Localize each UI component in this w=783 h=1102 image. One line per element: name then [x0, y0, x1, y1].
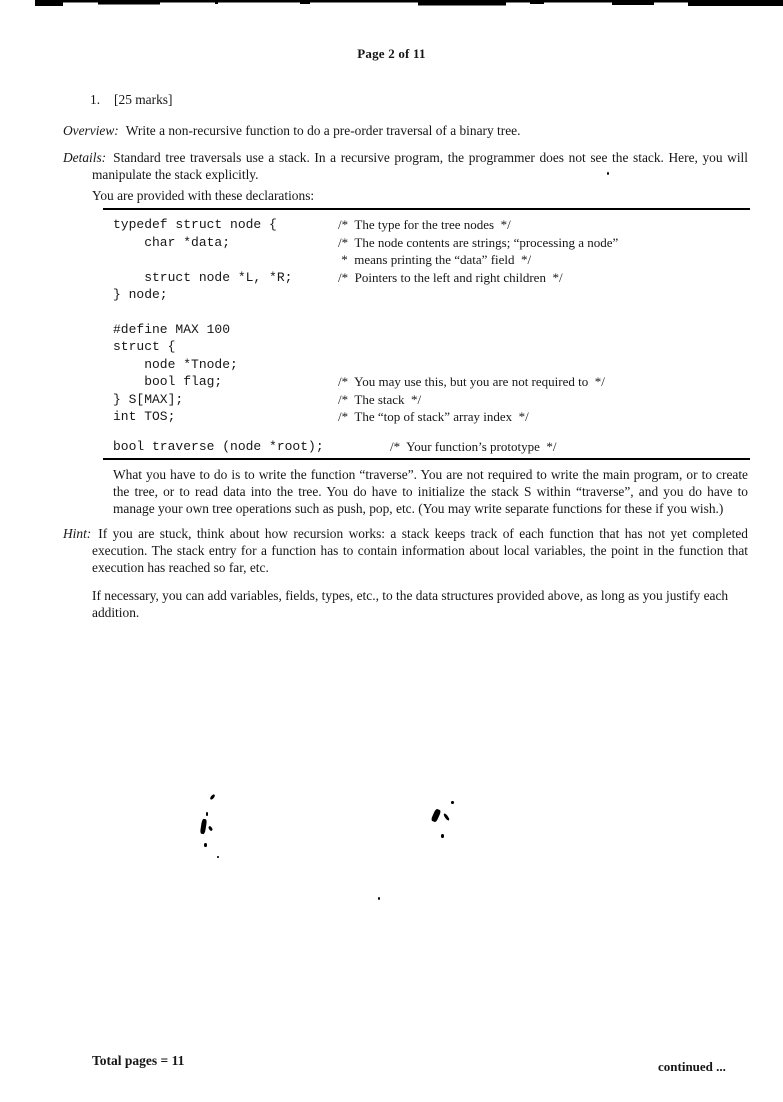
task-paragraph: What you have to do is to write the func…	[113, 466, 748, 517]
addendum-paragraph: If necessary, you can add variables, fie…	[92, 587, 748, 621]
code-line: typedef struct node {/* The type for the…	[113, 216, 783, 234]
ink-speck	[378, 897, 380, 900]
code-line: } S[MAX];/* The stack */	[113, 391, 783, 409]
ink-speck	[208, 826, 213, 832]
declarations-intro: You are provided with these declarations…	[92, 187, 748, 204]
ink-speck	[217, 856, 219, 858]
ink-speck	[451, 801, 454, 804]
footer-total-pages: Total pages = 11	[92, 1053, 184, 1069]
overview-text: Write a non-recursive function to do a p…	[126, 123, 521, 138]
ink-speck	[200, 819, 207, 835]
code-line: bool flag;/* You may use this, but you a…	[113, 373, 783, 391]
code-line: struct node *L, *R;/* Pointers to the le…	[113, 269, 783, 287]
document-page: Page 2 of 11 1.[25 marks] Overview:Write…	[0, 0, 783, 1102]
hint-label: Hint:	[63, 526, 91, 541]
code-line: struct {	[113, 338, 783, 356]
overview-paragraph: Overview:Write a non-recursive function …	[63, 122, 748, 139]
details-text: Standard tree traversals use a stack. In…	[92, 150, 748, 182]
code-line: } node;	[113, 286, 783, 304]
ink-speck	[443, 813, 450, 821]
question-number-line: 1.[25 marks]	[90, 92, 783, 108]
ink-speck	[431, 808, 442, 822]
ink-speck	[209, 794, 215, 801]
ink-speck	[204, 843, 207, 847]
question-number: 1.	[90, 92, 100, 108]
scan-edge-top	[0, 0, 783, 8]
page-header: Page 2 of 11	[0, 0, 783, 61]
code-line: char *data;/* The node contents are stri…	[113, 234, 783, 252]
code-lines: typedef struct node {/* The type for the…	[113, 210, 783, 455]
overview-label: Overview:	[63, 123, 119, 138]
details-paragraph: Details:Standard tree traversals use a s…	[63, 149, 748, 183]
code-line: node *Tnode;	[113, 356, 783, 374]
code-block-bottom-rule	[103, 458, 750, 460]
code-line: #define MAX 100	[113, 321, 783, 339]
ink-speck	[441, 834, 444, 838]
code-line: int TOS;/* The “top of stack” array inde…	[113, 408, 783, 426]
footer-continued: continued ...	[658, 1059, 726, 1075]
function-prototype-line: bool traverse (node *root);/* Your funct…	[113, 438, 783, 456]
hint-paragraph: Hint:If you are stuck, think about how r…	[63, 525, 748, 576]
details-label: Details:	[63, 150, 106, 165]
ink-speck	[206, 812, 208, 816]
code-line: * means printing the “data” field */	[113, 251, 783, 269]
code-declarations-block: typedef struct node {/* The type for the…	[113, 208, 783, 460]
ink-speck	[607, 172, 609, 175]
question-marks: [25 marks]	[114, 92, 172, 107]
hint-text: If you are stuck, think about how recurs…	[92, 526, 748, 575]
